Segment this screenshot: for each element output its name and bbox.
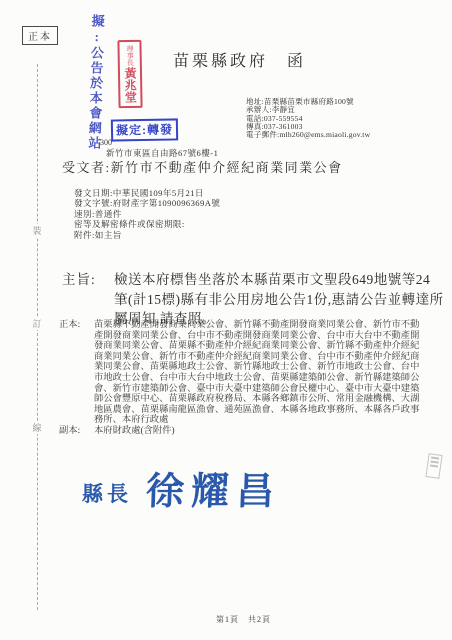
stamp-illegible-mark bbox=[431, 457, 439, 460]
zip-code: 300 bbox=[100, 138, 112, 147]
decision-blue-stamp: 擬定:轉發 bbox=[111, 118, 178, 141]
document-title: 苗栗縣政府 函 bbox=[173, 48, 306, 71]
chairman-red-stamp: 理事長 黃兆堂 bbox=[117, 40, 142, 108]
binding-mark-zhuang: 裝 bbox=[31, 224, 43, 237]
sender-contact-block: 地址:苗栗縣苗栗市縣府路100號承辦人:李靜宜電話:037-559554傳真:0… bbox=[246, 98, 370, 139]
chairman-stamp-title: 理事長 bbox=[126, 45, 133, 66]
chairman-stamp-name: 黃兆堂 bbox=[124, 67, 137, 103]
original-recipients-text: 苗栗縣不動產開發商業同業公會、新竹縣不動產開發商業同業公會、新竹市不動產開發商業… bbox=[94, 320, 421, 426]
distribution-section: 正本: 苗栗縣不動產開發商業同業公會、新竹縣不動產開發商業同業公會、新竹市不動產… bbox=[59, 320, 431, 437]
signature-name: 徐耀昌 bbox=[145, 472, 281, 514]
carbon-copy-label: 副本: bbox=[59, 426, 94, 437]
magistrate-signature: 縣長 徐耀昌 bbox=[82, 472, 281, 514]
stamp-illegible-mark bbox=[430, 460, 438, 463]
carbon-copy-text: 本府財政處(含附件) bbox=[94, 426, 421, 437]
binding-mark-ding: 訂 bbox=[31, 317, 43, 330]
contact-line: 電子郵件:mlh260@ems.miaoli.gov.tw bbox=[246, 131, 370, 139]
recipient-line: 受文者:新竹市不動產仲介經紀商業同業公會 bbox=[62, 157, 343, 176]
scanned-official-letter: 正本 裝 訂 線 擬:公告於本會網站 理事長 黃兆堂 擬定:轉發 300 新竹市… bbox=[0, 0, 452, 640]
original-label: 正本: bbox=[59, 320, 94, 426]
meta-line: 速別:普通件 bbox=[74, 209, 220, 219]
stamp-illegible-mark bbox=[430, 464, 438, 467]
page-number-footer: 第1頁 共2頁 bbox=[216, 614, 271, 625]
document-meta-block: 發文日期:中華民國109年5月21日發文字號:府財產字第1090096369A號… bbox=[74, 188, 220, 240]
original-recipients-row: 正本: 苗栗縣不動產開發商業同業公會、新竹縣不動產開發商業同業公會、新竹市不動產… bbox=[59, 320, 431, 426]
signature-title: 縣長 bbox=[82, 478, 132, 508]
meta-line: 附件:如主旨 bbox=[74, 230, 220, 240]
carbon-copy-row: 副本: 本府財政處(含附件) bbox=[59, 426, 431, 437]
meta-line: 發文字號:府財產字第1090096369A號 bbox=[74, 198, 220, 208]
binding-mark-xian: 線 bbox=[31, 421, 43, 434]
meta-line: 發文日期:中華民國109年5月21日 bbox=[74, 188, 220, 198]
faint-receipt-stamp bbox=[425, 453, 442, 479]
binding-dashed-line bbox=[37, 64, 38, 610]
meta-line: 密等及解密條件或保密期限: bbox=[74, 219, 220, 229]
copy-type-box: 正本 bbox=[22, 26, 58, 45]
